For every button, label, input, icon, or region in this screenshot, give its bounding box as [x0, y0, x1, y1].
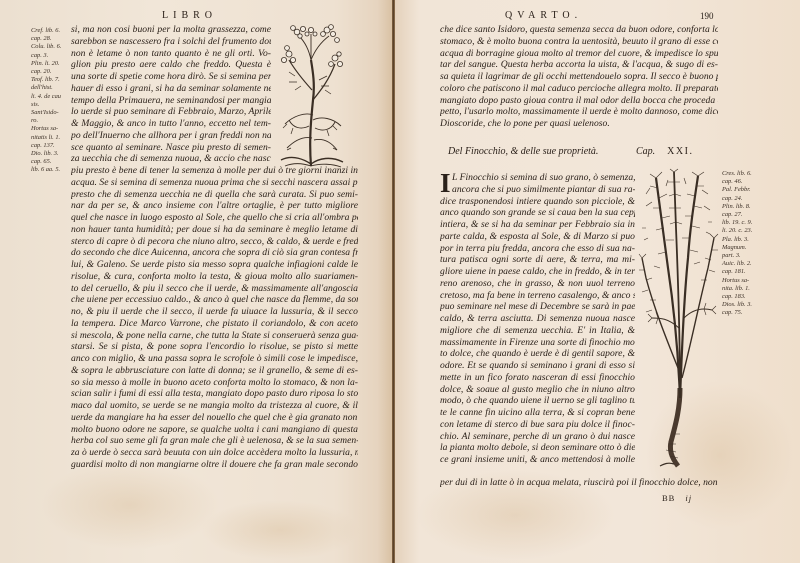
- chapter-cap-label: Cap.: [636, 146, 655, 157]
- text-line: dice trasponendosi intiere quando son pi…: [440, 196, 635, 208]
- text-line: stomaco, & è molto buona contra la uento…: [440, 36, 718, 48]
- coriander-woodcut-illustration: [275, 20, 347, 168]
- margin-note: Dios. lib. 3.: [722, 301, 752, 309]
- text-line: parte calda, & esposta al Sole, & di Mar…: [440, 231, 635, 243]
- text-line: sarebbon se nascessero fra i solchi del …: [71, 36, 271, 48]
- text-line: tempo della Primauera, ne seminandosi pe…: [71, 95, 271, 107]
- text-line: non è letame ò non tanto quanto è ne gli…: [71, 48, 271, 60]
- text-line: hauer di esso i grani, si ha da seminar …: [71, 83, 271, 95]
- text-line: piu presto è bene di tener la semenza à …: [71, 165, 358, 177]
- text-line: tura patisca ogni sorte di aere, & terra…: [440, 254, 635, 266]
- margin-notes-left: Cref. lib. 6. cap. 28. Colu. lib. 6. cap…: [31, 27, 61, 175]
- margin-note: li. 20. c. 23.: [722, 227, 752, 235]
- margin-note: Hortus sa-: [31, 125, 61, 133]
- text-line: no, & piu il uerde che il secco, il uerd…: [71, 306, 358, 318]
- text-line: chio. Al seminare, perche di un grano ò …: [440, 431, 635, 443]
- margin-note: nita. lib. 1.: [722, 285, 752, 293]
- margin-note: cap. 46.: [722, 178, 752, 186]
- text-line: presto che di semenza uecchia ne di quel…: [71, 189, 358, 201]
- margin-note: cap. 27.: [722, 211, 752, 219]
- text-line: petto, l'usarlo molto, massimamente il u…: [440, 106, 718, 118]
- running-head-right: QVARTO.: [505, 10, 582, 21]
- margin-note: Colu. lib. 6.: [31, 43, 61, 51]
- right-body-chapter-top: L Finocchio si semina di suo grano, ò se…: [452, 172, 635, 196]
- text-line: per dui di in latte ò in acqua melata, r…: [440, 477, 718, 489]
- right-body-final: per dui di in latte ò in acqua melata, r…: [440, 477, 718, 489]
- text-line: do secondo che dice Auicenna, ancora che…: [71, 247, 358, 259]
- text-line: sa quieta il lagrimar de gli occhi mette…: [440, 71, 718, 83]
- text-line: migliore che di semenza uecchia. E' in I…: [440, 325, 635, 337]
- margin-note: cap. 75.: [722, 309, 752, 317]
- text-line: ce grani insieme uniti, & anco mettendos…: [440, 454, 635, 466]
- margin-note: Plin. lib. 8.: [722, 203, 752, 211]
- text-line: anco con miglio, & una passa sopra le sc…: [71, 353, 358, 365]
- text-line: acqua. Se si semina di semenza nuoua pri…: [71, 177, 358, 189]
- text-line: si, ma non cosi buoni per la molta grass…: [71, 24, 271, 36]
- right-body-chapter: dice trasponendosi intiere quando son pi…: [440, 196, 635, 466]
- margin-note: part. 3.: [722, 252, 752, 260]
- margin-note: Magnum.: [722, 244, 752, 252]
- text-line: odore. Et se quando si seminano i grani …: [440, 360, 635, 372]
- text-line: starsi. Se si pista, & pone sopra l'enco…: [71, 341, 358, 353]
- text-line: herba col suo seme gli fa gran male che …: [71, 435, 358, 447]
- margin-note: cap. 20.: [31, 68, 61, 76]
- text-line: gliore uiene in paese caldo, che in fred…: [440, 266, 635, 278]
- right-body-intro: che dice santo Isidoro, questa semenza s…: [440, 24, 718, 130]
- text-line: & Maggio, & anco in tutto l'anno, eccett…: [71, 118, 271, 130]
- left-body-lower: piu presto è bene di tener la semenza à …: [71, 165, 358, 471]
- text-line: to dolce, che quando è uerde è di gentil…: [440, 348, 635, 360]
- signature-letters: BB: [662, 493, 675, 503]
- text-line: nar da per se, & anco insieme con l'altr…: [71, 200, 358, 212]
- margin-note: Sant'Isido-: [31, 109, 61, 117]
- text-line: lo uerde si puo seminare di Febbraio, Ma…: [71, 106, 271, 118]
- running-head-left: LIBRO: [162, 10, 217, 21]
- text-line: che uiene per eccessiuo caldo., & anco à…: [71, 294, 358, 306]
- text-line: non hauer tanta humidità; per doue si ha…: [71, 224, 358, 236]
- text-line: anco quando son grande se si caua ben la…: [440, 207, 635, 219]
- margin-note: Teof. lib. 7.: [31, 76, 61, 84]
- text-line: massimamente in Firenze una sorte di fin…: [440, 337, 635, 349]
- text-line: intiera, & se si ha da seminar per Febbr…: [440, 219, 635, 231]
- text-line: za uecchia che di semenza nuoua, & accio…: [71, 153, 271, 165]
- margin-notes-right: Cres. lib. 6. cap. 46. Pal. Febbr. cap. …: [722, 170, 752, 318]
- text-line: te le canne fin uicino alla terra, & si …: [440, 407, 635, 419]
- margin-note: nitatis li. 1.: [31, 134, 61, 142]
- margin-note: lib. 6 aa. 5.: [31, 166, 61, 174]
- text-line: & sopra le abbrusciature con latte di do…: [71, 365, 358, 377]
- text-line: sterco di capre ò di pecora che niuno al…: [71, 236, 358, 248]
- text-line: acqua di borragine gioua molto al tremor…: [440, 48, 718, 60]
- margin-note: Plin. li. 20.: [31, 60, 61, 68]
- chapter-number: Cap.XXI.: [636, 146, 693, 157]
- text-line: dolce, & soaue al gusto meglio che in ni…: [440, 384, 635, 396]
- text-line: po dell'Inuerno che allhora per i gran f…: [71, 130, 271, 142]
- text-line: L Finocchio si semina di suo grano, ò se…: [452, 172, 635, 184]
- margin-note: cap. 181.: [722, 268, 752, 276]
- text-line: con letame di sterco di bue sara piu dol…: [440, 419, 635, 431]
- text-line: molto buono odore ne sapore, se qualche …: [71, 424, 358, 436]
- chapter-roman-numeral: XXI.: [667, 146, 693, 157]
- signature-leaf: ij: [685, 493, 692, 503]
- text-line: tar del sangue. Questa herba accorta la …: [440, 59, 718, 71]
- text-line: puo seminare nel mese di Decembre se sar…: [440, 301, 635, 313]
- margin-note: Dio. lib. 3.: [31, 150, 61, 158]
- text-line: to del ceruello, & piu il secco che il u…: [71, 283, 358, 295]
- chapter-title: Del Finocchio, & delle sue proprietà.: [448, 146, 598, 157]
- text-line: caldo, & terra asciutta. Di semenza nuou…: [440, 313, 635, 325]
- margin-note: cap. 3.: [31, 52, 61, 60]
- text-line: uerde da mangiare ha ha esser del nouell…: [71, 412, 358, 424]
- text-line: guardisi molto di non mangiarne oltre il…: [71, 459, 358, 471]
- margin-note: ro.: [31, 117, 61, 125]
- text-line: mette in un fico forato nasceran di essi…: [440, 372, 635, 384]
- margin-note: Hortus sa-: [722, 277, 752, 285]
- text-line: una sorte di spetie come hora dirò. Se s…: [71, 71, 271, 83]
- margin-note: Pla. lib. 3.: [722, 236, 752, 244]
- margin-note: cap. 137.: [31, 142, 61, 150]
- margin-note: cap. 183.: [722, 293, 752, 301]
- text-line: ancora che si puo similmente piantar di …: [452, 184, 635, 196]
- page-number: 190: [700, 11, 714, 21]
- text-line: por in terra piu fredda, ancora che esso…: [440, 243, 635, 255]
- text-line: maco dal uomito, se uerde se ne mangia m…: [71, 400, 358, 412]
- text-line: reno arenoso, che in grasso, & non uuol …: [440, 278, 635, 290]
- text-line: Dioscoride, che lo pone per quasi ueleno…: [440, 118, 718, 130]
- text-line: mangiato dopo pasto gioua contra il mal …: [440, 95, 718, 107]
- text-line: sce quanto al seminare. Nasce piu presto…: [71, 142, 271, 154]
- text-line: so sia messo à molle in buono aceto conf…: [71, 377, 358, 389]
- text-line: quel che nasce in luogo esposto al Sole,…: [71, 212, 358, 224]
- margin-note: sis.: [31, 101, 61, 109]
- left-page: LIBRO Cref. lib. 6. cap. 28. Colu. lib. …: [0, 0, 393, 563]
- margin-note: Cref. lib. 6.: [31, 27, 61, 35]
- text-line: coloro che patiscono il mal caduco perci…: [440, 83, 718, 95]
- text-line: cretoso, ma fa bene in terreno casalengo…: [440, 290, 635, 302]
- signature-mark: BBij: [662, 493, 692, 503]
- fennel-woodcut-illustration: [638, 168, 720, 468]
- drop-cap-initial: I: [440, 170, 451, 196]
- text-line: scian salir i fumi di essi alla testa, m…: [71, 388, 358, 400]
- text-line: glion piu presto aere caldo che freddo. …: [71, 59, 271, 71]
- left-body-upper: si, ma non cosi buoni per la molta grass…: [71, 24, 271, 165]
- text-line: la pianta molto debole, si deon seminare…: [440, 442, 635, 454]
- book-spread: LIBRO Cref. lib. 6. cap. 28. Colu. lib. …: [0, 0, 800, 563]
- text-line: lui, & Galeno. Se uerde pisto sia messo …: [71, 259, 358, 271]
- text-line: risolue, & cura, conforta molto la testa…: [71, 271, 358, 283]
- text-line: modo, ò che quando uiene il uerno se gli…: [440, 395, 635, 407]
- text-line: si mescola, & pone nella carne, che tutt…: [71, 330, 358, 342]
- text-line: la tempera. Dice Marco Varrone, che pist…: [71, 318, 358, 330]
- margin-note: lib. 19. c. 9.: [722, 219, 752, 227]
- margin-note: Pal. Febbr.: [722, 186, 752, 194]
- text-line: che dice santo Isidoro, questa semenza s…: [440, 24, 718, 36]
- margin-note: dell'hist.: [31, 84, 61, 92]
- margin-note: Auic. lib. 2.: [722, 260, 752, 268]
- margin-note: cap. 28.: [31, 35, 61, 43]
- text-line: za ò uerde ò secca sarà beuuta con uin d…: [71, 447, 358, 459]
- margin-note: li. 4. de cau: [31, 93, 61, 101]
- margin-note: Cres. lib. 6.: [722, 170, 752, 178]
- margin-note: cap. 24.: [722, 195, 752, 203]
- margin-note: cap. 65.: [31, 158, 61, 166]
